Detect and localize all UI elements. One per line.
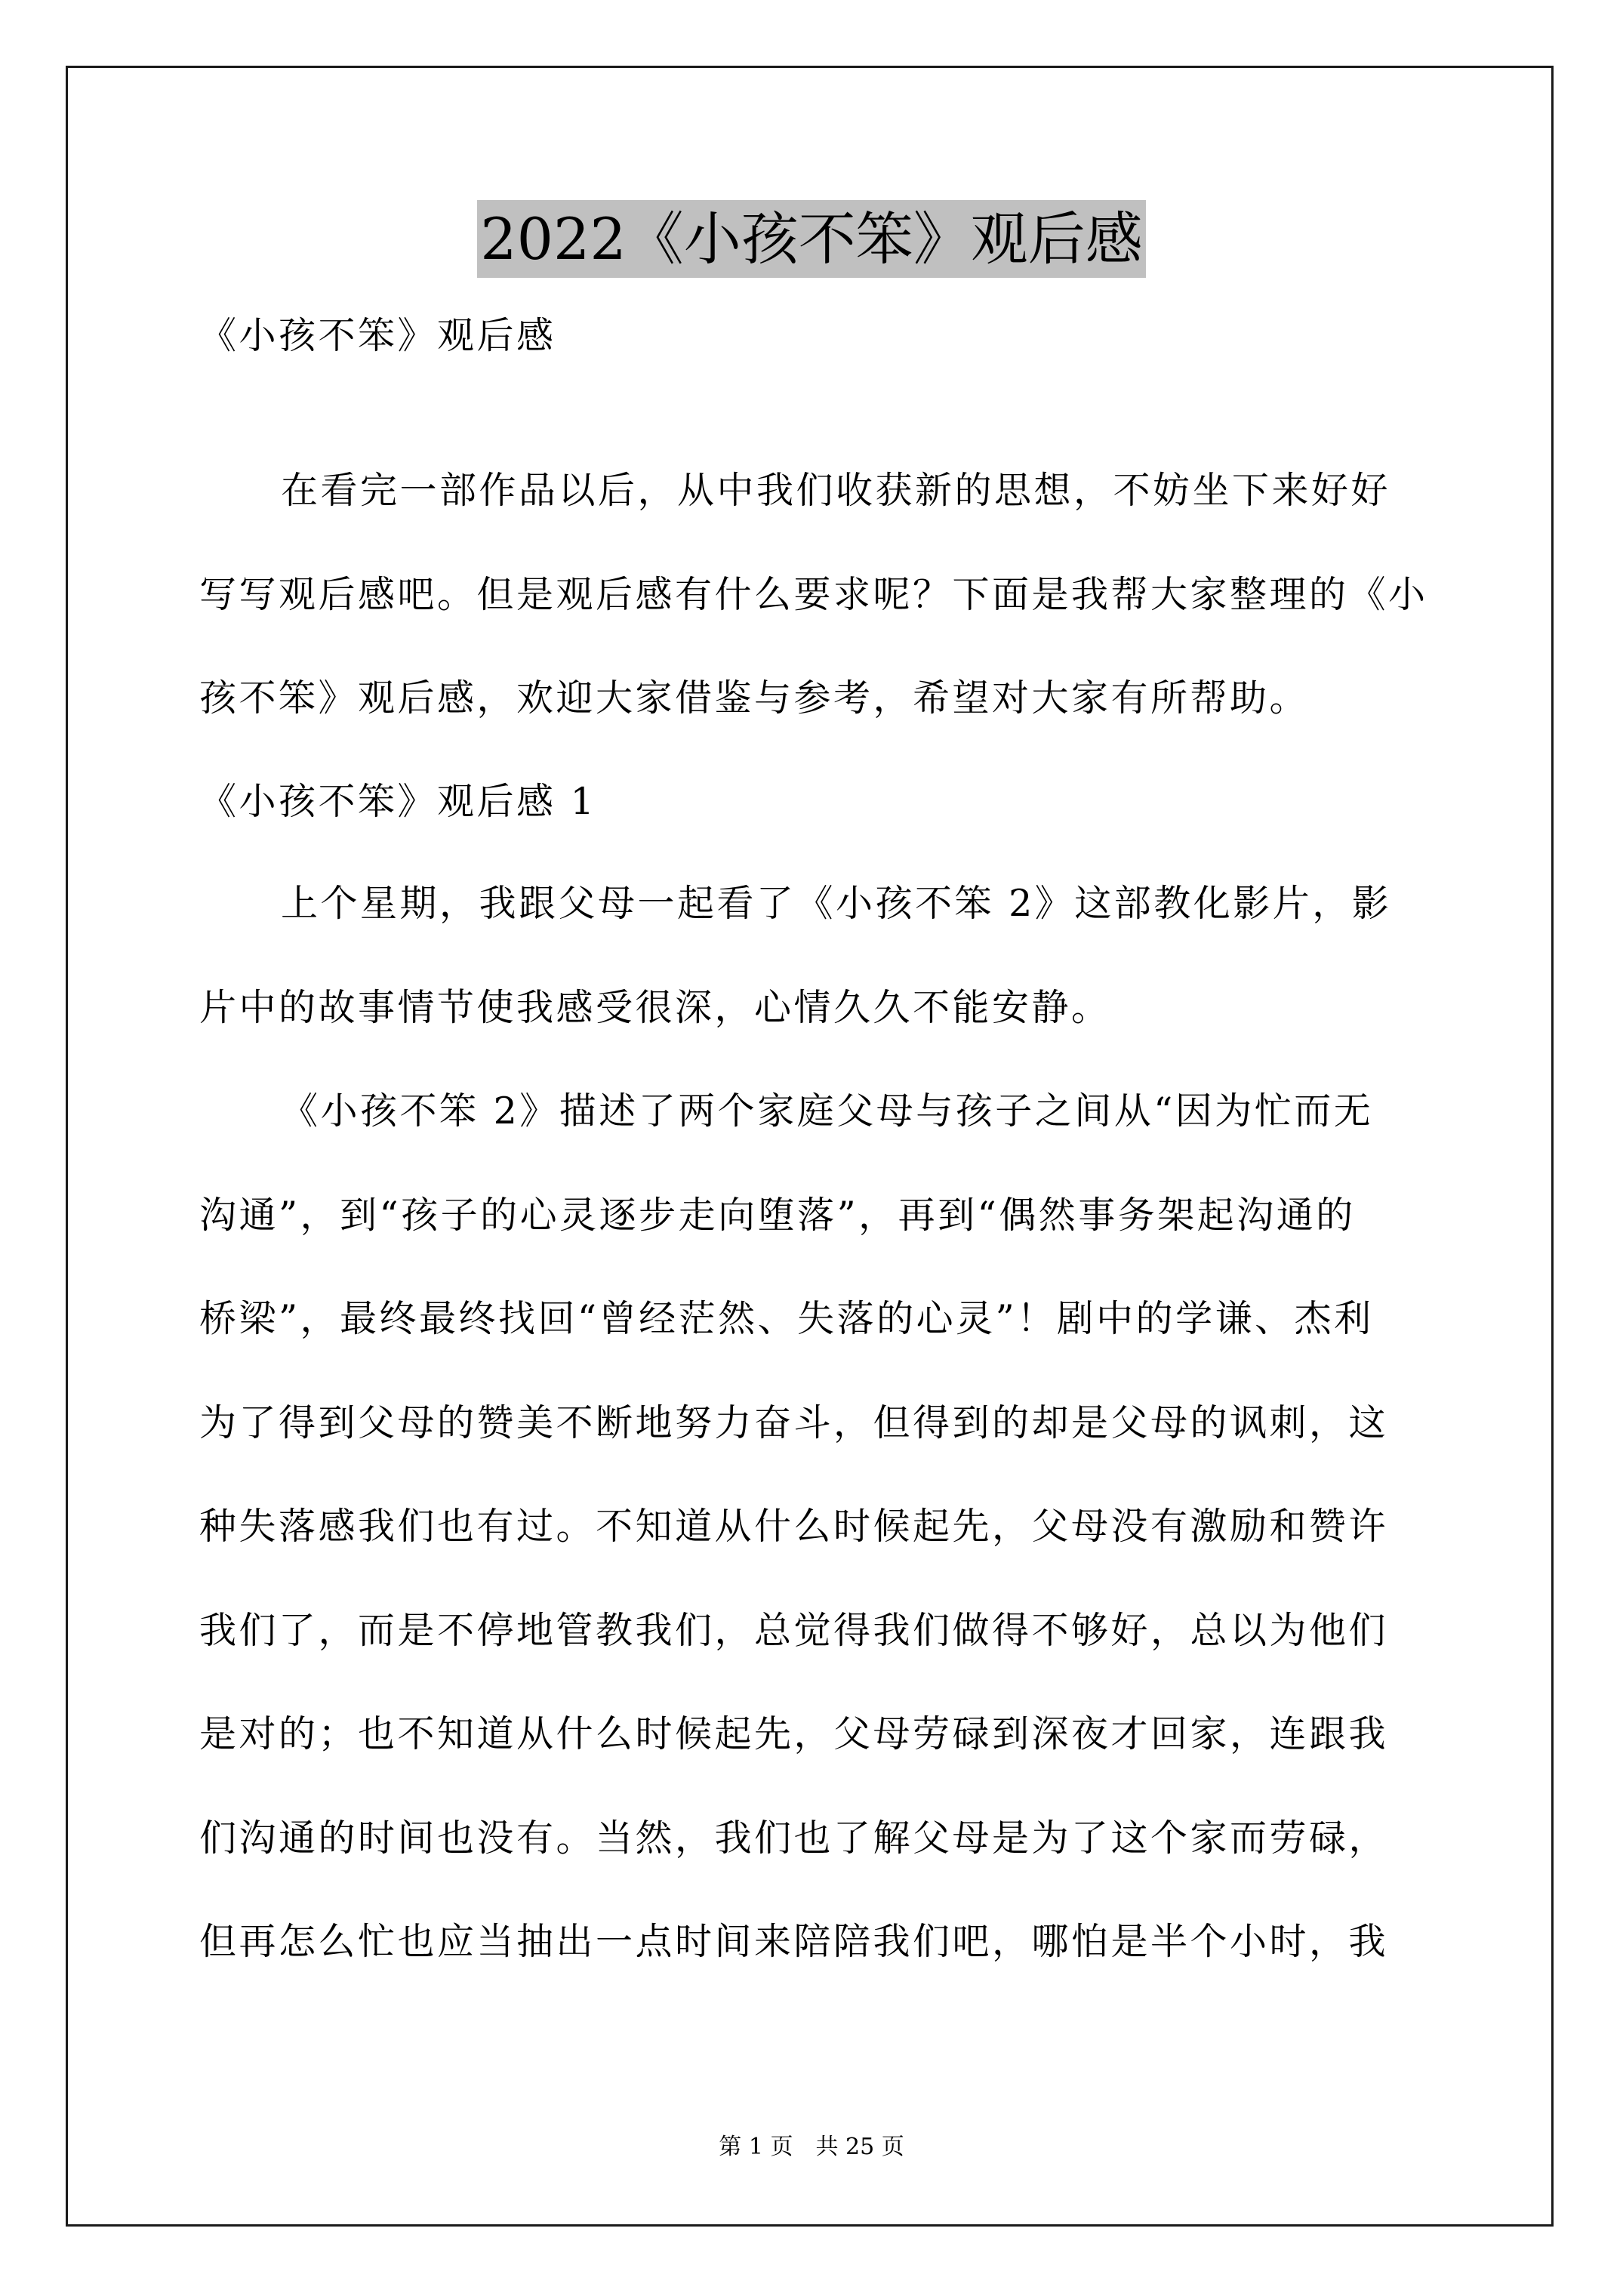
paragraph-line: 是对的；也不知道从什么时候起先，父母劳碌到深夜才回家，连跟我 bbox=[199, 1708, 1388, 1761]
page-footer: 第 1 页 共 25 页 bbox=[0, 2132, 1623, 2162]
paragraph-line: 写写观后感吧。但是观后感有什么要求呢？下面是我帮大家整理的《小 bbox=[199, 569, 1428, 621]
paragraph-line: 沟通”，到“孩子的心灵逐步走向堕落”，再到“偶然事务架起沟通的 bbox=[199, 1189, 1356, 1242]
paragraph-line: 上个星期，我跟父母一起看了《小孩不笨 2》这部教化影片，影 bbox=[199, 877, 1391, 930]
paragraph-line: 为了得到父母的赞美不断地努力奋斗，但得到的却是父母的讽刺，这 bbox=[199, 1397, 1388, 1450]
paragraph-line: 我们了，而是不停地管教我们，总觉得我们做得不够好，总以为他们 bbox=[199, 1604, 1388, 1657]
paragraph-line: 在看完一部作品以后，从中我们收获新的思想，不妨坐下来好好 bbox=[199, 464, 1390, 517]
paragraph-line: 但再怎么忙也应当抽出一点时间来陪陪我们吧，哪怕是半个小时，我 bbox=[199, 1915, 1388, 1968]
paragraph-line: 种失落感我们也有过。不知道从什么时候起先，父母没有激励和赞许 bbox=[199, 1500, 1388, 1553]
page-border bbox=[66, 66, 1554, 2227]
document-title: 2022《小孩不笨》观后感 bbox=[477, 200, 1145, 278]
paragraph-line: 桥梁”，最终最终找回“曾经茫然、失落的心灵”！剧中的学谦、杰利 bbox=[199, 1293, 1374, 1345]
paragraph-line: 片中的故事情节使我感受很深，心情久久不能安静。 bbox=[199, 982, 1111, 1034]
paragraph-line: 《小孩不笨 2》描述了两个家庭父母与孩子之间从“因为忙而无 bbox=[199, 1085, 1373, 1138]
paragraph-line: 们沟通的时间也没有。当然，我们也了解父母是为了这个家而劳碌， bbox=[199, 1812, 1388, 1865]
section-heading: 《小孩不笨》观后感 bbox=[199, 310, 556, 362]
paragraph-line: 孩不笨》观后感，欢迎大家借鉴与参考，希望对大家有所帮助。 bbox=[199, 672, 1309, 725]
section-heading: 《小孩不笨》观后感 1 bbox=[199, 775, 596, 828]
title-container: 2022《小孩不笨》观后感 bbox=[0, 200, 1623, 278]
